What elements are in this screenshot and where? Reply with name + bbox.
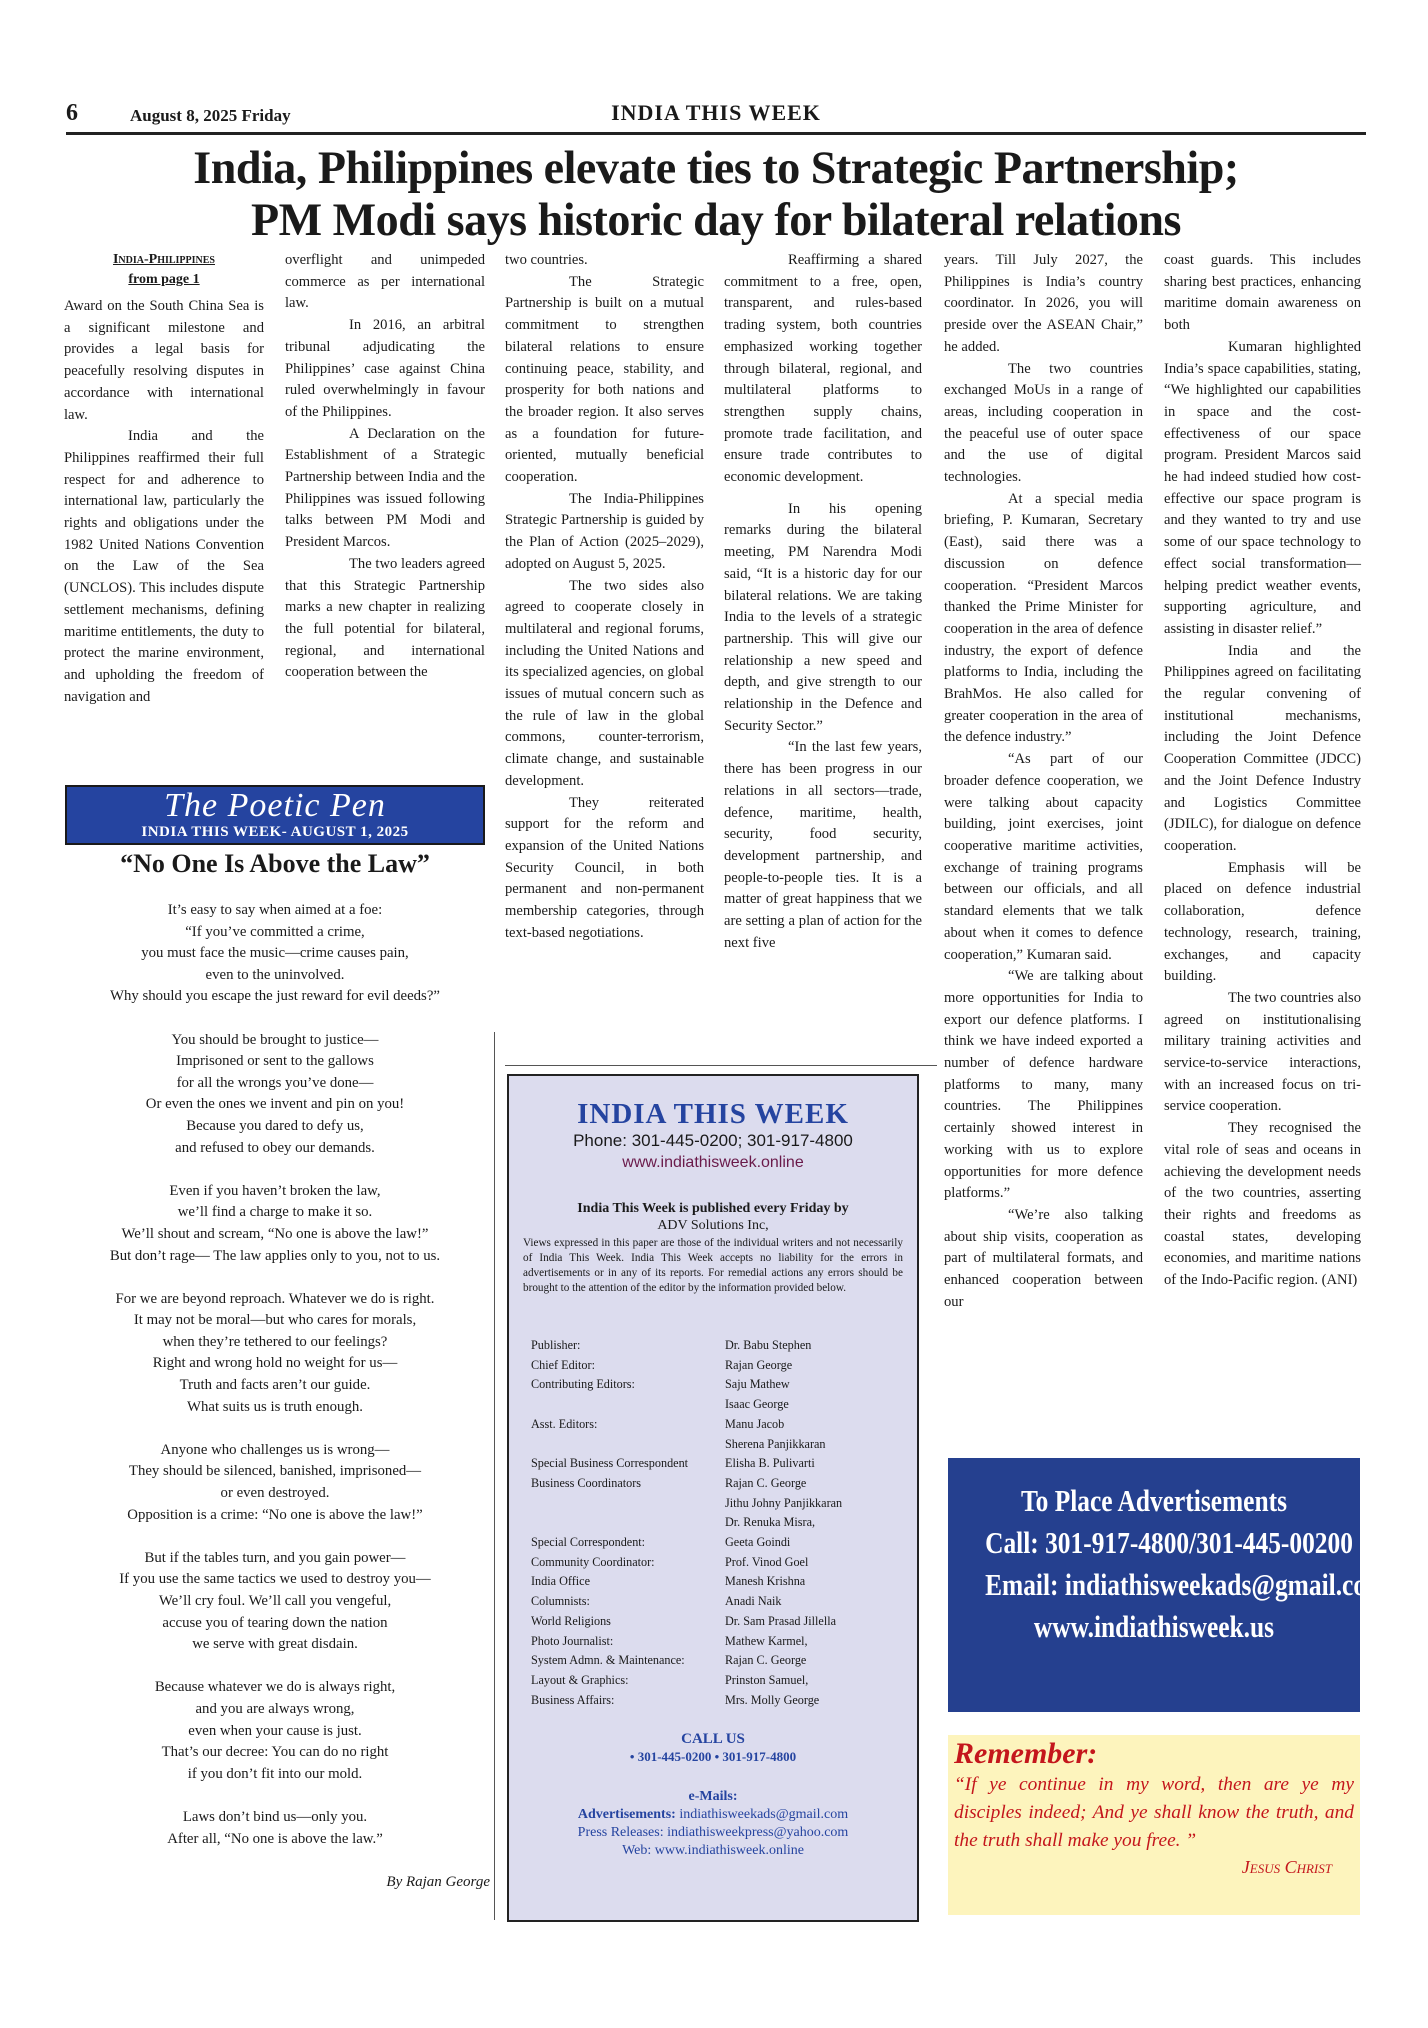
poem-byline: By Rajan George xyxy=(300,1874,490,1891)
staff-role xyxy=(531,1435,725,1455)
column-divider xyxy=(494,1032,495,1920)
staff-name: Rajan C. George xyxy=(725,1651,806,1671)
scripture-quote: “If ye continue in my word, then are ye … xyxy=(954,1771,1354,1855)
staff-name: Sherena Panjikkaran xyxy=(725,1435,826,1455)
poem-line: Anyone who challenges us is wrong— xyxy=(65,1440,485,1462)
paragraph: The two sides also agreed to cooperate c… xyxy=(505,576,704,793)
remember-quote-box: Remember: “If ye continue in my word, th… xyxy=(948,1735,1360,1915)
disclaimer-text: Views expressed in this paper are those … xyxy=(509,1234,917,1296)
paragraph: “In the last few years, there has been p… xyxy=(724,737,922,954)
kicker-section: India-Philippines xyxy=(64,250,264,270)
paper-name: INDIA THIS WEEK xyxy=(66,100,1366,126)
paragraph: Award on the South China Sea is a signif… xyxy=(64,296,264,426)
poem-line: Or even the ones we invent and pin on yo… xyxy=(65,1094,485,1116)
poem-line: if you don’t fit into our mold. xyxy=(65,1764,485,1786)
poem-line: They should be silenced, banished, impri… xyxy=(65,1461,485,1483)
poem-stanza: Laws don’t bind us—only you.After all, “… xyxy=(65,1807,485,1850)
staff-role: Special Correspondent: xyxy=(531,1533,725,1553)
paragraph: The Strategic Partnership is built on a … xyxy=(505,272,704,489)
paragraph: India and the Philippines reaffirmed the… xyxy=(64,426,264,708)
staff-role: Business Coordinators xyxy=(531,1474,725,1494)
staff-role: World Religions xyxy=(531,1612,725,1632)
quote-author: Jesus Christ xyxy=(954,1855,1354,1879)
staff-role: Chief Editor: xyxy=(531,1356,725,1376)
staff-role xyxy=(531,1494,725,1514)
staff-role xyxy=(531,1395,725,1415)
staff-row: Contributing Editors:Saju Mathew xyxy=(531,1375,917,1395)
staff-name: Manu Jacob xyxy=(725,1415,784,1435)
jump-kicker[interactable]: India-Philippines from page 1 xyxy=(64,250,264,290)
poem-stanza: Because whatever we do is always right,a… xyxy=(65,1677,485,1785)
paragraph: They recognised the vital role of seas a… xyxy=(1164,1118,1361,1292)
poem-line: Why should you escape the just reward fo… xyxy=(65,986,485,1008)
poem-stanza: Anyone who challenges us is wrong—They s… xyxy=(65,1440,485,1526)
emails-label: e-Mails: xyxy=(509,1788,917,1806)
staff-row: Columnists:Anadi Naik xyxy=(531,1592,917,1612)
staff-row: Asst. Editors:Manu Jacob xyxy=(531,1415,917,1435)
poem-line: Because you dared to defy us, xyxy=(65,1116,485,1138)
advertise-email-link[interactable]: Email: indiathisweekads@gmail.com xyxy=(985,1564,1323,1606)
paragraph: years. Till July 2027, the Philippines i… xyxy=(944,250,1143,359)
poem-line: Laws don’t bind us—only you. xyxy=(65,1807,485,1829)
paragraph: A Declaration on the Establishment of a … xyxy=(285,424,485,554)
poem-stanza: But if the tables turn, and you gain pow… xyxy=(65,1548,485,1656)
headline-line-2: PM Modi says historic day for bilateral … xyxy=(79,194,1353,246)
publication-title: INDIA THIS WEEK xyxy=(509,1098,917,1130)
poem-line: We’ll shout and scream, “No one is above… xyxy=(65,1224,485,1246)
poem-line: Right and wrong hold no weight for us— xyxy=(65,1353,485,1375)
staff-name: Anadi Naik xyxy=(725,1592,782,1612)
poem-body: It’s easy to say when aimed at a foe:“If… xyxy=(65,900,485,1872)
paragraph: India and the Philippines agreed on faci… xyxy=(1164,641,1361,858)
poem-line: Even if you haven’t broken the law, xyxy=(65,1181,485,1203)
poem-line: even when your cause is just. xyxy=(65,1721,485,1743)
staff-list: Publisher:Dr. Babu StephenChief Editor:R… xyxy=(509,1336,917,1710)
poem-line: we’ll find a charge to make it so. xyxy=(65,1202,485,1224)
headline-line-1: India, Philippines elevate ties to Strat… xyxy=(79,142,1353,194)
poem-line: “If you’ve committed a crime, xyxy=(65,922,485,944)
poem-stanza: It’s easy to say when aimed at a foe:“If… xyxy=(65,900,485,1008)
staff-name: Prof. Vinod Goel xyxy=(725,1553,808,1573)
paragraph: They reiterated support for the reform a… xyxy=(505,793,704,945)
staff-name: Mrs. Molly George xyxy=(725,1691,819,1711)
staff-name: Geeta Goindi xyxy=(725,1533,790,1553)
paragraph: overflight and unimpeded commerce as per… xyxy=(285,250,485,315)
poem-line: Imprisoned or sent to the gallows xyxy=(65,1051,485,1073)
publication-phone: Phone: 301-445-0200; 301-917-4800 xyxy=(509,1130,917,1152)
staff-row: Isaac George xyxy=(531,1395,917,1415)
staff-row: Special Business Correspondent Elisha B.… xyxy=(531,1454,917,1474)
poem-line: Truth and facts aren’t our guide. xyxy=(65,1375,485,1397)
staff-row: Photo Journalist:Mathew Karmel, xyxy=(531,1632,917,1652)
poem-line: It’s easy to say when aimed at a foe: xyxy=(65,900,485,922)
poem-line: But if the tables turn, and you gain pow… xyxy=(65,1548,485,1570)
call-us-numbers: • 301-445-0200 • 301-917-4800 xyxy=(509,1748,917,1766)
paragraph: coast guards. This includes sharing best… xyxy=(1164,250,1361,337)
staff-role: Photo Journalist: xyxy=(531,1632,725,1652)
staff-role: Contributing Editors: xyxy=(531,1375,725,1395)
staff-name: Manesh Krishna xyxy=(725,1572,805,1592)
staff-row: Chief Editor:Rajan George xyxy=(531,1356,917,1376)
staff-row: Dr. Renuka Misra, xyxy=(531,1513,917,1533)
article-column-3: two countries. The Strategic Partnership… xyxy=(505,250,704,945)
staff-role: Special Business Correspondent xyxy=(531,1454,725,1474)
poem-line: Opposition is a crime: “No one is above … xyxy=(65,1505,485,1527)
article-column-5: years. Till July 2027, the Philippines i… xyxy=(944,250,1143,1313)
paragraph: “We’re also talking about ship visits, c… xyxy=(944,1205,1143,1314)
advertise-heading: To Place Advertisements xyxy=(985,1480,1323,1522)
poem-title: “No One Is Above the Law” xyxy=(65,848,485,880)
staff-row: Business CoordinatorsRajan C. George xyxy=(531,1474,917,1494)
paragraph: two countries. xyxy=(505,250,704,272)
staff-row: System Admn. & Maintenance:Rajan C. Geor… xyxy=(531,1651,917,1671)
staff-name: Dr. Sam Prasad Jillella xyxy=(725,1612,836,1632)
advertise-box: To Place Advertisements Call: 301-917-48… xyxy=(948,1458,1360,1712)
staff-name: Isaac George xyxy=(725,1395,789,1415)
poem-line: accuse you of tearing down the nation xyxy=(65,1613,485,1635)
poem-line: Because whatever we do is always right, xyxy=(65,1677,485,1699)
article-column-1: India-Philippines from page 1 Award on t… xyxy=(64,250,264,708)
paragraph: Reaffirming a shared commitment to a fre… xyxy=(724,250,922,489)
poetic-pen-subtitle: INDIA THIS WEEK- AUGUST 1, 2025 xyxy=(67,823,483,841)
paragraph: The India-Philippines Strategic Partners… xyxy=(505,489,704,576)
staff-name: Rajan George xyxy=(725,1356,792,1376)
poem-line: For we are beyond reproach. Whatever we … xyxy=(65,1289,485,1311)
poem-line: we serve with great disdain. xyxy=(65,1634,485,1656)
ads-email-label: Advertisements: xyxy=(578,1807,676,1822)
paragraph: Emphasis will be placed on defence indus… xyxy=(1164,858,1361,988)
staff-role: India Office xyxy=(531,1572,725,1592)
advertise-phone: Call: 301-917-4800/301-445-00200 xyxy=(985,1522,1323,1564)
poem-line: You should be brought to justice— xyxy=(65,1030,485,1052)
poem-line: That’s our decree: You can do no right xyxy=(65,1742,485,1764)
staff-name: Prinston Samuel, xyxy=(725,1671,808,1691)
published-by-line: India This Week is published every Frida… xyxy=(509,1200,917,1218)
paragraph: In 2016, an arbitral tribunal adjudicati… xyxy=(285,315,485,424)
poem-line: After all, “No one is above the law.” xyxy=(65,1829,485,1851)
staff-row: Business Affairs:Mrs. Molly George xyxy=(531,1691,917,1711)
staff-row: Publisher:Dr. Babu Stephen xyxy=(531,1336,917,1356)
poem-stanza: Even if you haven’t broken the law,we’ll… xyxy=(65,1181,485,1267)
web-link[interactable]: Web: www.indiathisweek.online xyxy=(509,1842,917,1860)
advertise-website-link[interactable]: www.indiathisweek.us xyxy=(985,1606,1323,1648)
poem-line: What suits us is truth enough. xyxy=(65,1397,485,1419)
poetic-pen-title: The Poetic Pen xyxy=(67,789,483,823)
staff-role: Columnists: xyxy=(531,1592,725,1612)
article-headline: India, Philippines elevate ties to Strat… xyxy=(79,142,1353,246)
remember-title: Remember: xyxy=(954,1737,1354,1771)
staff-role: System Admn. & Maintenance: xyxy=(531,1651,725,1671)
poem-stanza: For we are beyond reproach. Whatever we … xyxy=(65,1289,485,1419)
poem-stanza: You should be brought to justice—Impriso… xyxy=(65,1030,485,1160)
staff-row: Special Correspondent:Geeta Goindi xyxy=(531,1533,917,1553)
poem-line: for all the wrongs you’ve done— xyxy=(65,1073,485,1095)
poem-line: But don’t rage— The law applies only to … xyxy=(65,1246,485,1268)
staff-row: Jithu Johny Panjikkaran xyxy=(531,1494,917,1514)
staff-row: Community Coordinator:Prof. Vinod Goel xyxy=(531,1553,917,1573)
staff-name: Mathew Karmel, xyxy=(725,1632,808,1652)
section-divider xyxy=(505,1065,937,1066)
masthead: 6 August 8, 2025 Friday INDIA THIS WEEK xyxy=(66,96,1366,134)
paragraph: At a special media briefing, P. Kumaran,… xyxy=(944,489,1143,749)
staff-name: Elisha B. Pulivarti xyxy=(725,1454,815,1474)
staff-role: Asst. Editors: xyxy=(531,1415,725,1435)
staff-name: Jithu Johny Panjikkaran xyxy=(725,1494,842,1514)
call-us-label: CALL US xyxy=(509,1730,917,1748)
poem-line: It may not be moral—but who cares for mo… xyxy=(65,1310,485,1332)
staff-row: India OfficeManesh Krishna xyxy=(531,1572,917,1592)
poem-line: and refused to obey our demands. xyxy=(65,1138,485,1160)
press-email-link[interactable]: Press Releases: indiathisweekpress@yahoo… xyxy=(509,1824,917,1842)
staff-role: Business Affairs: xyxy=(531,1691,725,1711)
staff-role: Community Coordinator: xyxy=(531,1553,725,1573)
staff-role xyxy=(531,1513,725,1533)
poem-line: or even destroyed. xyxy=(65,1483,485,1505)
paragraph: In his opening remarks during the bilate… xyxy=(724,499,922,738)
staff-row: World ReligionsDr. Sam Prasad Jillella xyxy=(531,1612,917,1632)
staff-role: Publisher: xyxy=(531,1336,725,1356)
paragraph: The two leaders agreed that this Strateg… xyxy=(285,554,485,684)
poem-line: you must face the music—crime causes pai… xyxy=(65,943,485,965)
poem-line: If you use the same tactics we used to d… xyxy=(65,1569,485,1591)
article-column-4: Reaffirming a shared commitment to a fre… xyxy=(724,250,922,955)
staff-row: Layout & Graphics:Prinston Samuel, xyxy=(531,1671,917,1691)
article-column-6: coast guards. This includes sharing best… xyxy=(1164,250,1361,1292)
staff-row: Sherena Panjikkaran xyxy=(531,1435,917,1455)
kicker-from-page: from page 1 xyxy=(64,270,264,290)
paragraph: “We are talking about more opportunities… xyxy=(944,966,1143,1205)
staff-name: Saju Mathew xyxy=(725,1375,790,1395)
staff-name: Dr. Renuka Misra, xyxy=(725,1513,815,1533)
publisher-company: ADV Solutions Inc, xyxy=(509,1218,917,1234)
poem-line: when they’re tethered to our feelings? xyxy=(65,1332,485,1354)
staff-role: Layout & Graphics: xyxy=(531,1671,725,1691)
poem-line: even to the uninvolved. xyxy=(65,965,485,987)
publication-info-box: INDIA THIS WEEK Phone: 301-445-0200; 301… xyxy=(507,1074,919,1922)
article-column-2: overflight and unimpeded commerce as per… xyxy=(285,250,485,684)
ads-email-link[interactable]: indiathisweekads@gmail.com xyxy=(679,1807,848,1822)
ads-email-line: Advertisements: indiathisweekads@gmail.c… xyxy=(509,1806,917,1824)
poem-line: We’ll cry foul. We’ll call you vengeful, xyxy=(65,1591,485,1613)
poetic-pen-banner: The Poetic Pen INDIA THIS WEEK- AUGUST 1… xyxy=(65,785,485,845)
poem-line: and you are always wrong, xyxy=(65,1699,485,1721)
staff-name: Rajan C. George xyxy=(725,1474,806,1494)
paragraph: “As part of our broader defence cooperat… xyxy=(944,749,1143,966)
publication-website-link[interactable]: www.indiathisweek.online xyxy=(509,1152,917,1174)
masthead-rule xyxy=(66,132,1366,135)
paragraph: Kumaran highlighted India’s space capabi… xyxy=(1164,337,1361,641)
paragraph: The two countries exchanged MoUs in a ra… xyxy=(944,359,1143,489)
paragraph: The two countries also agreed on institu… xyxy=(1164,988,1361,1118)
staff-name: Dr. Babu Stephen xyxy=(725,1336,811,1356)
